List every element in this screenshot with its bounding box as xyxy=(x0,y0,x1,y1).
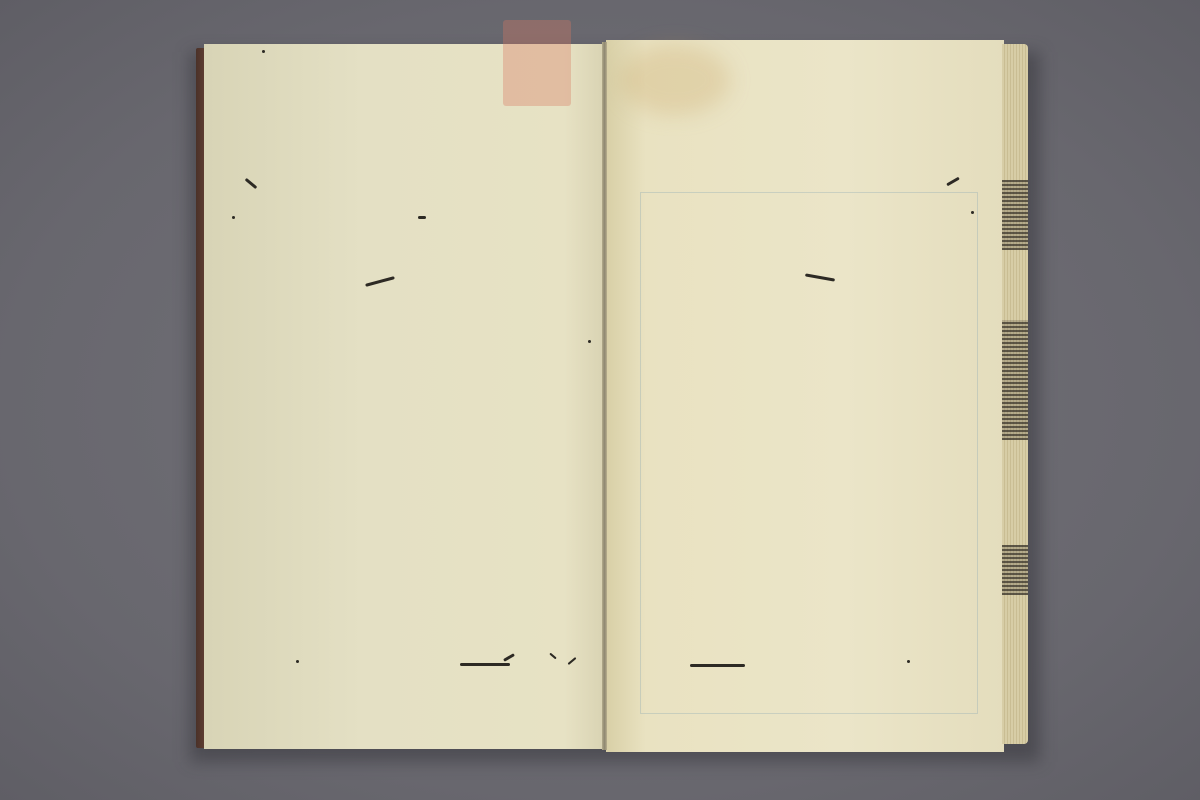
edge-ink-mark xyxy=(1002,320,1028,440)
ink-dot xyxy=(262,50,265,53)
edge-ink-mark xyxy=(1002,180,1028,250)
ink-mark xyxy=(690,664,745,667)
ink-dot xyxy=(588,340,591,343)
paper-stain xyxy=(620,45,730,115)
edge-ink-mark xyxy=(1002,545,1028,595)
ink-dot xyxy=(232,216,235,219)
printed-border-frame xyxy=(640,192,978,714)
ink-dot xyxy=(971,211,974,214)
ink-mark xyxy=(418,216,426,219)
seal-stamp xyxy=(503,20,571,106)
ink-mark xyxy=(460,663,510,666)
left-page xyxy=(204,44,604,749)
ink-dot xyxy=(296,660,299,663)
ink-dot xyxy=(907,660,910,663)
book-gutter xyxy=(602,42,607,750)
